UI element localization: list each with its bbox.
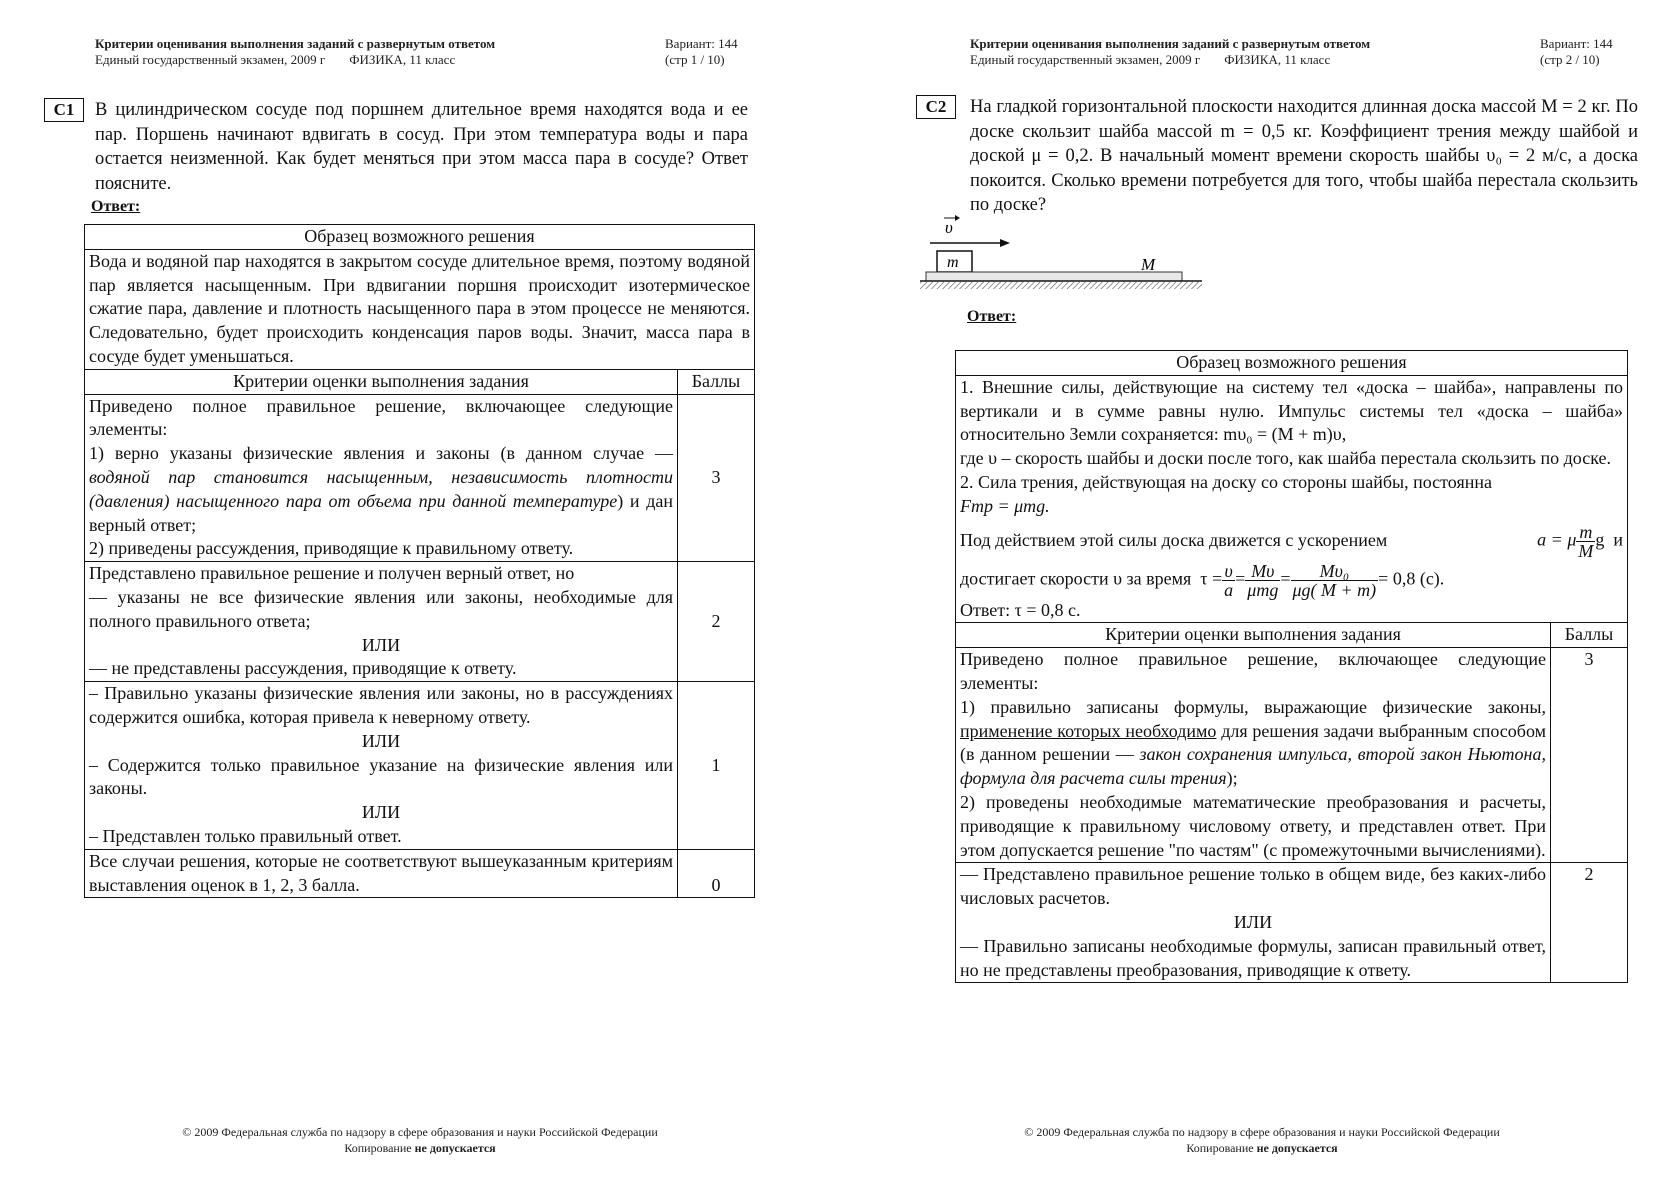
score-heading: Баллы (678, 369, 755, 394)
solution-line: Fтр = μmg. (960, 495, 1623, 519)
surface-icon (920, 281, 1202, 289)
answer-label: Ответ: (967, 308, 1016, 326)
solution-line: 2. Сила трения, действующая на доску со … (960, 471, 1623, 495)
header-page-number: (стр 2 / 10) (1540, 52, 1613, 68)
or-separator: ИЛИ (89, 801, 673, 825)
task-label: C1 (44, 98, 84, 122)
page-header-right: Вариант: 144 (стр 1 / 10) (665, 36, 738, 68)
criteria-text: Представлено правильное решение и получе… (85, 562, 678, 682)
criteria-text: — Представлено правильное решение только… (956, 863, 1551, 983)
page-2: Критерии оценивания выполнения заданий с… (860, 0, 1664, 1187)
criteria-text: Все случаи решения, которые не соответст… (85, 849, 678, 898)
header-page-number: (стр 1 / 10) (665, 52, 738, 68)
criteria-row: Приведено полное правильное решение, вкл… (85, 394, 755, 562)
criteria-line: — Правильно записаны необходимые формулы… (960, 935, 1546, 983)
task-label: C2 (916, 95, 956, 119)
velocity-arrow-icon (930, 215, 1010, 247)
page-header: Критерии оценивания выполнения заданий с… (970, 36, 1370, 68)
criteria-line: — не представлены рассуждения, приводящи… (89, 657, 673, 681)
puck-label: m (947, 254, 959, 271)
criteria-text: – Правильно указаны физические явления и… (85, 682, 678, 850)
criteria-heading: Критерии оценки выполнения задания (956, 623, 1551, 648)
header-exam: Единый государственный экзамен, 2009 г (95, 52, 325, 67)
criteria-line: 1) верно указаны физические явления и за… (89, 442, 673, 537)
or-separator: ИЛИ (960, 911, 1546, 935)
header-variant: Вариант: 144 (665, 36, 738, 52)
solution-heading: Образец возможного решения (956, 351, 1628, 376)
criteria-line: — Представлено правильное решение только… (960, 863, 1546, 911)
solution-line: 1. Внешние силы, действующие на систему … (960, 376, 1623, 447)
task-text: На гладкой горизонтальной плоскости нахо… (970, 95, 1638, 218)
header-subject: ФИЗИКА, 11 класс (1224, 52, 1330, 68)
criteria-score: 3 (678, 394, 755, 562)
task-text: В цилиндрическом сосуде под поршнем длит… (95, 98, 748, 196)
criteria-row: – Правильно указаны физические явления и… (85, 682, 755, 850)
solution-answer: Ответ: τ = 0,8 с. (960, 599, 1623, 623)
criteria-line: Приведено полное правильное решение, вкл… (960, 648, 1546, 696)
criteria-score: 2 (1551, 863, 1628, 983)
header-title: Критерии оценивания выполнения заданий с… (970, 36, 1370, 52)
criteria-text: Приведено полное правильное решение, вкл… (956, 648, 1551, 863)
header-exam: Единый государственный экзамен, 2009 г (970, 52, 1200, 67)
criteria-row: — Представлено правильное решение только… (956, 863, 1628, 983)
criteria-score: 1 (678, 682, 755, 850)
solution-heading: Образец возможного решения (85, 225, 755, 250)
criteria-row: Представлено правильное решение и получе… (85, 562, 755, 682)
criteria-line: – Представлен только правильный ответ. (89, 825, 673, 849)
criteria-text: Приведено полное правильное решение, вкл… (85, 394, 678, 562)
criteria-score: 0 (678, 849, 755, 898)
or-separator: ИЛИ (89, 730, 673, 754)
criteria-heading: Критерии оценки выполнения задания (85, 369, 678, 394)
footer-copyright: © 2009 Федеральная служба по надзору в с… (0, 1124, 840, 1140)
answer-label: Ответ: (91, 198, 140, 216)
board-label: M (1140, 255, 1156, 274)
score-heading: Баллы (1551, 623, 1628, 648)
header-variant: Вариант: 144 (1540, 36, 1613, 52)
solution-text: 1. Внешние силы, действующие на систему … (956, 375, 1628, 623)
solution-line: Под действием этой силы доска движется с… (960, 523, 1623, 560)
criteria-score: 2 (678, 562, 755, 682)
footer-copyright: © 2009 Федеральная служба по надзору в с… (860, 1124, 1664, 1140)
criteria-line: — указаны не все физические явления или … (89, 586, 673, 634)
page-header-right: Вариант: 144 (стр 2 / 10) (1540, 36, 1613, 68)
header-title: Критерии оценивания выполнения заданий с… (95, 36, 495, 52)
criteria-line: 1) правильно записаны формулы, выражающи… (960, 696, 1546, 791)
page-footer: © 2009 Федеральная служба по надзору в с… (860, 1124, 1664, 1156)
or-separator: ИЛИ (89, 634, 673, 658)
solution-text: Вода и водяной пар находятся в закрытом … (85, 249, 755, 369)
footer-copy-notice: Копирование не допускается (0, 1140, 840, 1156)
velocity-label: υ (945, 218, 953, 237)
criteria-line: Приведено полное правильное решение, вкл… (89, 395, 673, 443)
criteria-score: 3 (1551, 648, 1628, 863)
criteria-line: – Содержится только правильное указание … (89, 754, 673, 802)
solution-table: Образец возможного решения Вода и водяно… (84, 224, 755, 898)
criteria-line: 2) проведены необходимые математические … (960, 791, 1546, 862)
criteria-line: – Правильно указаны физические явления и… (89, 682, 673, 730)
page-1: Критерии оценивания выполнения заданий с… (0, 0, 800, 1187)
header-subject: ФИЗИКА, 11 класс (349, 52, 455, 68)
criteria-row: Приведено полное правильное решение, вкл… (956, 648, 1628, 863)
criteria-row: Все случаи решения, которые не соответст… (85, 849, 755, 898)
page-header: Критерии оценивания выполнения заданий с… (95, 36, 495, 68)
board-puck-diagram: υ m M (920, 215, 1210, 295)
criteria-line: Представлено правильное решение и получе… (89, 562, 673, 586)
solution-line: достигает скорости υ за время τ =υa=Mυμm… (960, 562, 1623, 599)
footer-copy-notice: Копирование не допускается (860, 1140, 1664, 1156)
solution-table: Образец возможного решения 1. Внешние си… (955, 350, 1628, 983)
solution-line: где υ – скорость шайбы и доски после тог… (960, 447, 1623, 471)
page-footer: © 2009 Федеральная служба по надзору в с… (0, 1124, 840, 1156)
criteria-line: 2) приведены рассуждения, приводящие к п… (89, 537, 673, 561)
